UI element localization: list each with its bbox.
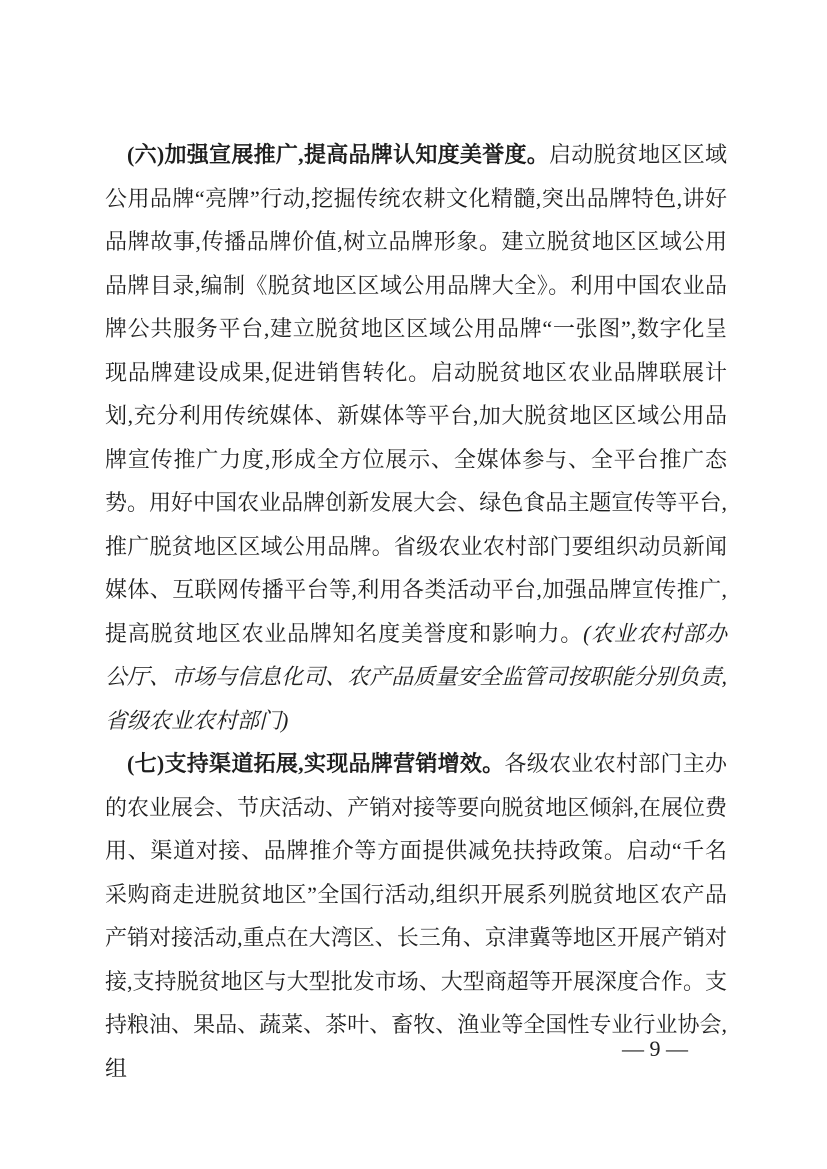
- document-body: (六)加强宣展推广,提高品牌认知度美誉度。启动脱贫地区区域公用品牌“亮牌”行动,…: [105, 133, 727, 1090]
- page-footer: — 9 —: [622, 1036, 688, 1062]
- section-7-heading: (七)支持渠道拓展,实现品牌营销增效。: [127, 751, 504, 776]
- paragraph-section-6: (六)加强宣展推广,提高品牌认知度美誉度。启动脱贫地区区域公用品牌“亮牌”行动,…: [105, 133, 727, 742]
- page-number: — 9 —: [622, 1036, 688, 1061]
- section-6-body-text: 启动脱贫地区区域公用品牌“亮牌”行动,挖掘传统农耕文化精髓,突出品牌特色,讲好品…: [105, 142, 727, 646]
- section-7-body-text: 各级农业农村部门主办的农业展会、节庆活动、产销对接等要向脱贫地区倾斜,在展位费用…: [105, 751, 727, 1081]
- section-6-heading: (六)加强宣展推广,提高品牌认知度美誉度。: [127, 142, 549, 167]
- document-page: (六)加强宣展推广,提高品牌认知度美誉度。启动脱贫地区区域公用品牌“亮牌”行动,…: [0, 0, 827, 1169]
